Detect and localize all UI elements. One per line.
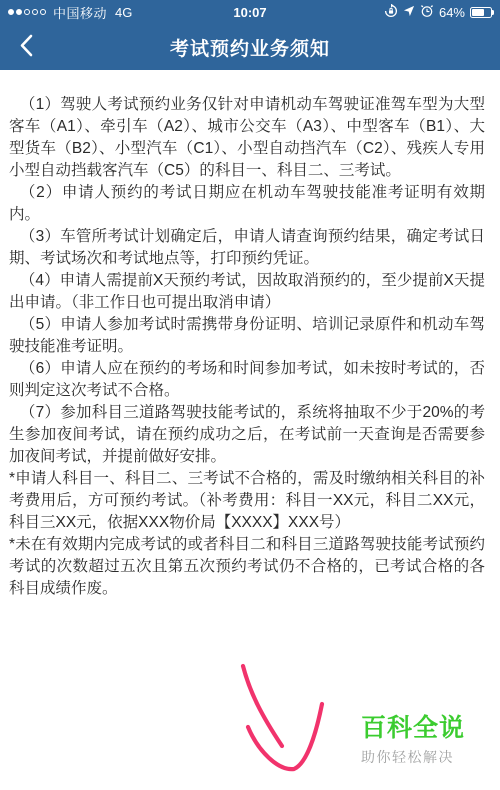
signal-dot bbox=[16, 9, 22, 15]
status-right: 64% bbox=[384, 4, 492, 21]
notice-paragraph: （3）车管所考试计划确定后，申请人请查询预约结果，确定考试日期、考试场次和考试地… bbox=[9, 226, 485, 270]
network-type-label: 4G bbox=[115, 5, 132, 20]
notice-paragraph: （1）驾驶人考试预约业务仅针对申请机动车驾驶证准驾车型为大型客车（A1）、牵引车… bbox=[9, 94, 485, 182]
chevron-left-icon bbox=[20, 34, 33, 60]
signal-dot bbox=[40, 9, 46, 15]
battery-level-fill bbox=[472, 9, 484, 16]
brand-name: 百科全说 bbox=[361, 708, 496, 744]
back-button[interactable] bbox=[12, 24, 41, 70]
location-arrow-icon bbox=[403, 5, 415, 20]
carrier-label: 中国移动 bbox=[53, 3, 107, 22]
signal-dot bbox=[24, 9, 30, 15]
notice-paragraph: （5）申请人参加考试时需携带身份证明、培训记录原件和机动车驾驶技能准考证明。 bbox=[9, 314, 485, 358]
notice-body: （1）驾驶人考试预约业务仅针对申请机动车驾驶证准驾车型为大型客车（A1）、牵引车… bbox=[0, 70, 500, 600]
notice-paragraph: （6）申请人应在预约的考场和时间参加考试，如未按时考试的，否则判定这次考试不合格… bbox=[9, 358, 485, 402]
notice-paragraph: （7）参加科目三道路驾驶技能考试的，系统将抽取不少于20%的考生参加夜间考试，请… bbox=[9, 402, 485, 468]
notice-paragraph: （4）申请人需提前X天预约考试，因故取消预约的，至少提前X天提出申请。（非工作日… bbox=[9, 270, 485, 314]
notice-paragraph: （2）申请人预约的考试日期应在机动车驾驶技能准考证明有效期内。 bbox=[9, 182, 485, 226]
alarm-clock-icon bbox=[420, 4, 434, 21]
notice-paragraph: *申请人科目一、科目二、三考试不合格的，需及时缴纳相关科目的补考费用后，方可预约… bbox=[9, 468, 485, 534]
signal-dot bbox=[32, 9, 38, 15]
notice-paragraph: *未在有效期内完成考试的或者科目二和科目三道路驾驶技能考试预约考试的次数超过五次… bbox=[9, 534, 485, 600]
signal-strength-icon bbox=[8, 9, 46, 15]
status-left: 中国移动 4G bbox=[8, 3, 132, 22]
signal-dot bbox=[8, 9, 14, 15]
brand-tagline: 助你轻松解决 bbox=[361, 747, 496, 767]
pink-check-swoosh-icon bbox=[232, 653, 342, 790]
battery-percent-label: 64% bbox=[439, 5, 465, 20]
page-title: 考试预约业务须知 bbox=[170, 34, 330, 61]
nav-bar: 考试预约业务须知 bbox=[0, 24, 500, 70]
brand-watermark: 百科全说 助你轻松解决 bbox=[361, 708, 496, 767]
rotation-lock-icon bbox=[384, 4, 398, 21]
battery-icon bbox=[470, 7, 492, 18]
status-bar: 中国移动 4G 10:07 64% bbox=[0, 0, 500, 24]
